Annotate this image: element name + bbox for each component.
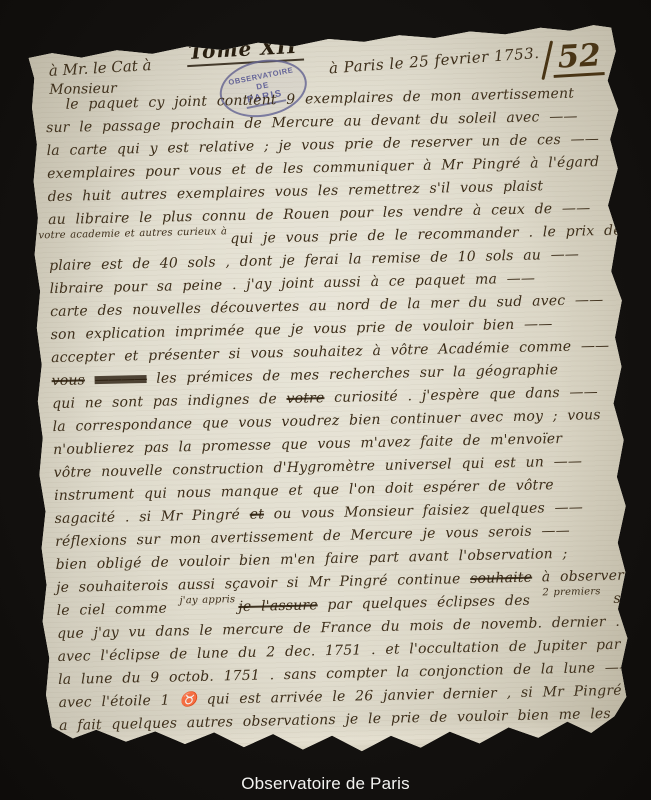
folio-number-value: 52 (552, 39, 605, 77)
recipient-line: à Mr. le Cat à (48, 56, 152, 80)
line-text: sagacité . si Mr Pingré (54, 507, 249, 527)
line-text (85, 372, 95, 388)
line-text: qui ne sont pas indignes de (52, 391, 287, 412)
scan-background: Tome XII à Mr. le Cat à à Paris le 25 fe… (0, 0, 651, 800)
line-text: curiosité . j'espère que dans —— (324, 384, 598, 406)
line-text: le ciel comme (56, 600, 176, 619)
line-text: par quelques éclipses des (318, 592, 540, 613)
struck-text: votre (286, 390, 324, 407)
interline-insertion: votre academie et autres curieux à (38, 232, 227, 236)
folio-number: 52 (552, 39, 605, 77)
struck-text: vous (51, 372, 85, 389)
struck-text: ———— (94, 371, 146, 388)
interline-insertion: j'ay appris (180, 600, 236, 601)
manuscript-page: Tome XII à Mr. le Cat à à Paris le 25 fe… (28, 22, 633, 769)
struck-text: et (250, 506, 265, 522)
interline-insertion: 2 premiers (543, 592, 601, 593)
dateline: à Paris le 25 fevrier 1753. (328, 44, 540, 78)
struck-text: je l'assure (238, 597, 318, 615)
line-text: satellites de Jupiter (604, 588, 651, 608)
archive-caption: Observatoire de Paris (0, 774, 651, 794)
line-text: à observer (532, 568, 624, 586)
line-text: ou vous Monsieur faisiez quelques —— (264, 500, 583, 523)
struck-text: souhaite (470, 570, 532, 587)
letter-body: le paquet cy joint contient 9 exemplaire… (45, 82, 619, 738)
pen-stroke (541, 40, 553, 80)
